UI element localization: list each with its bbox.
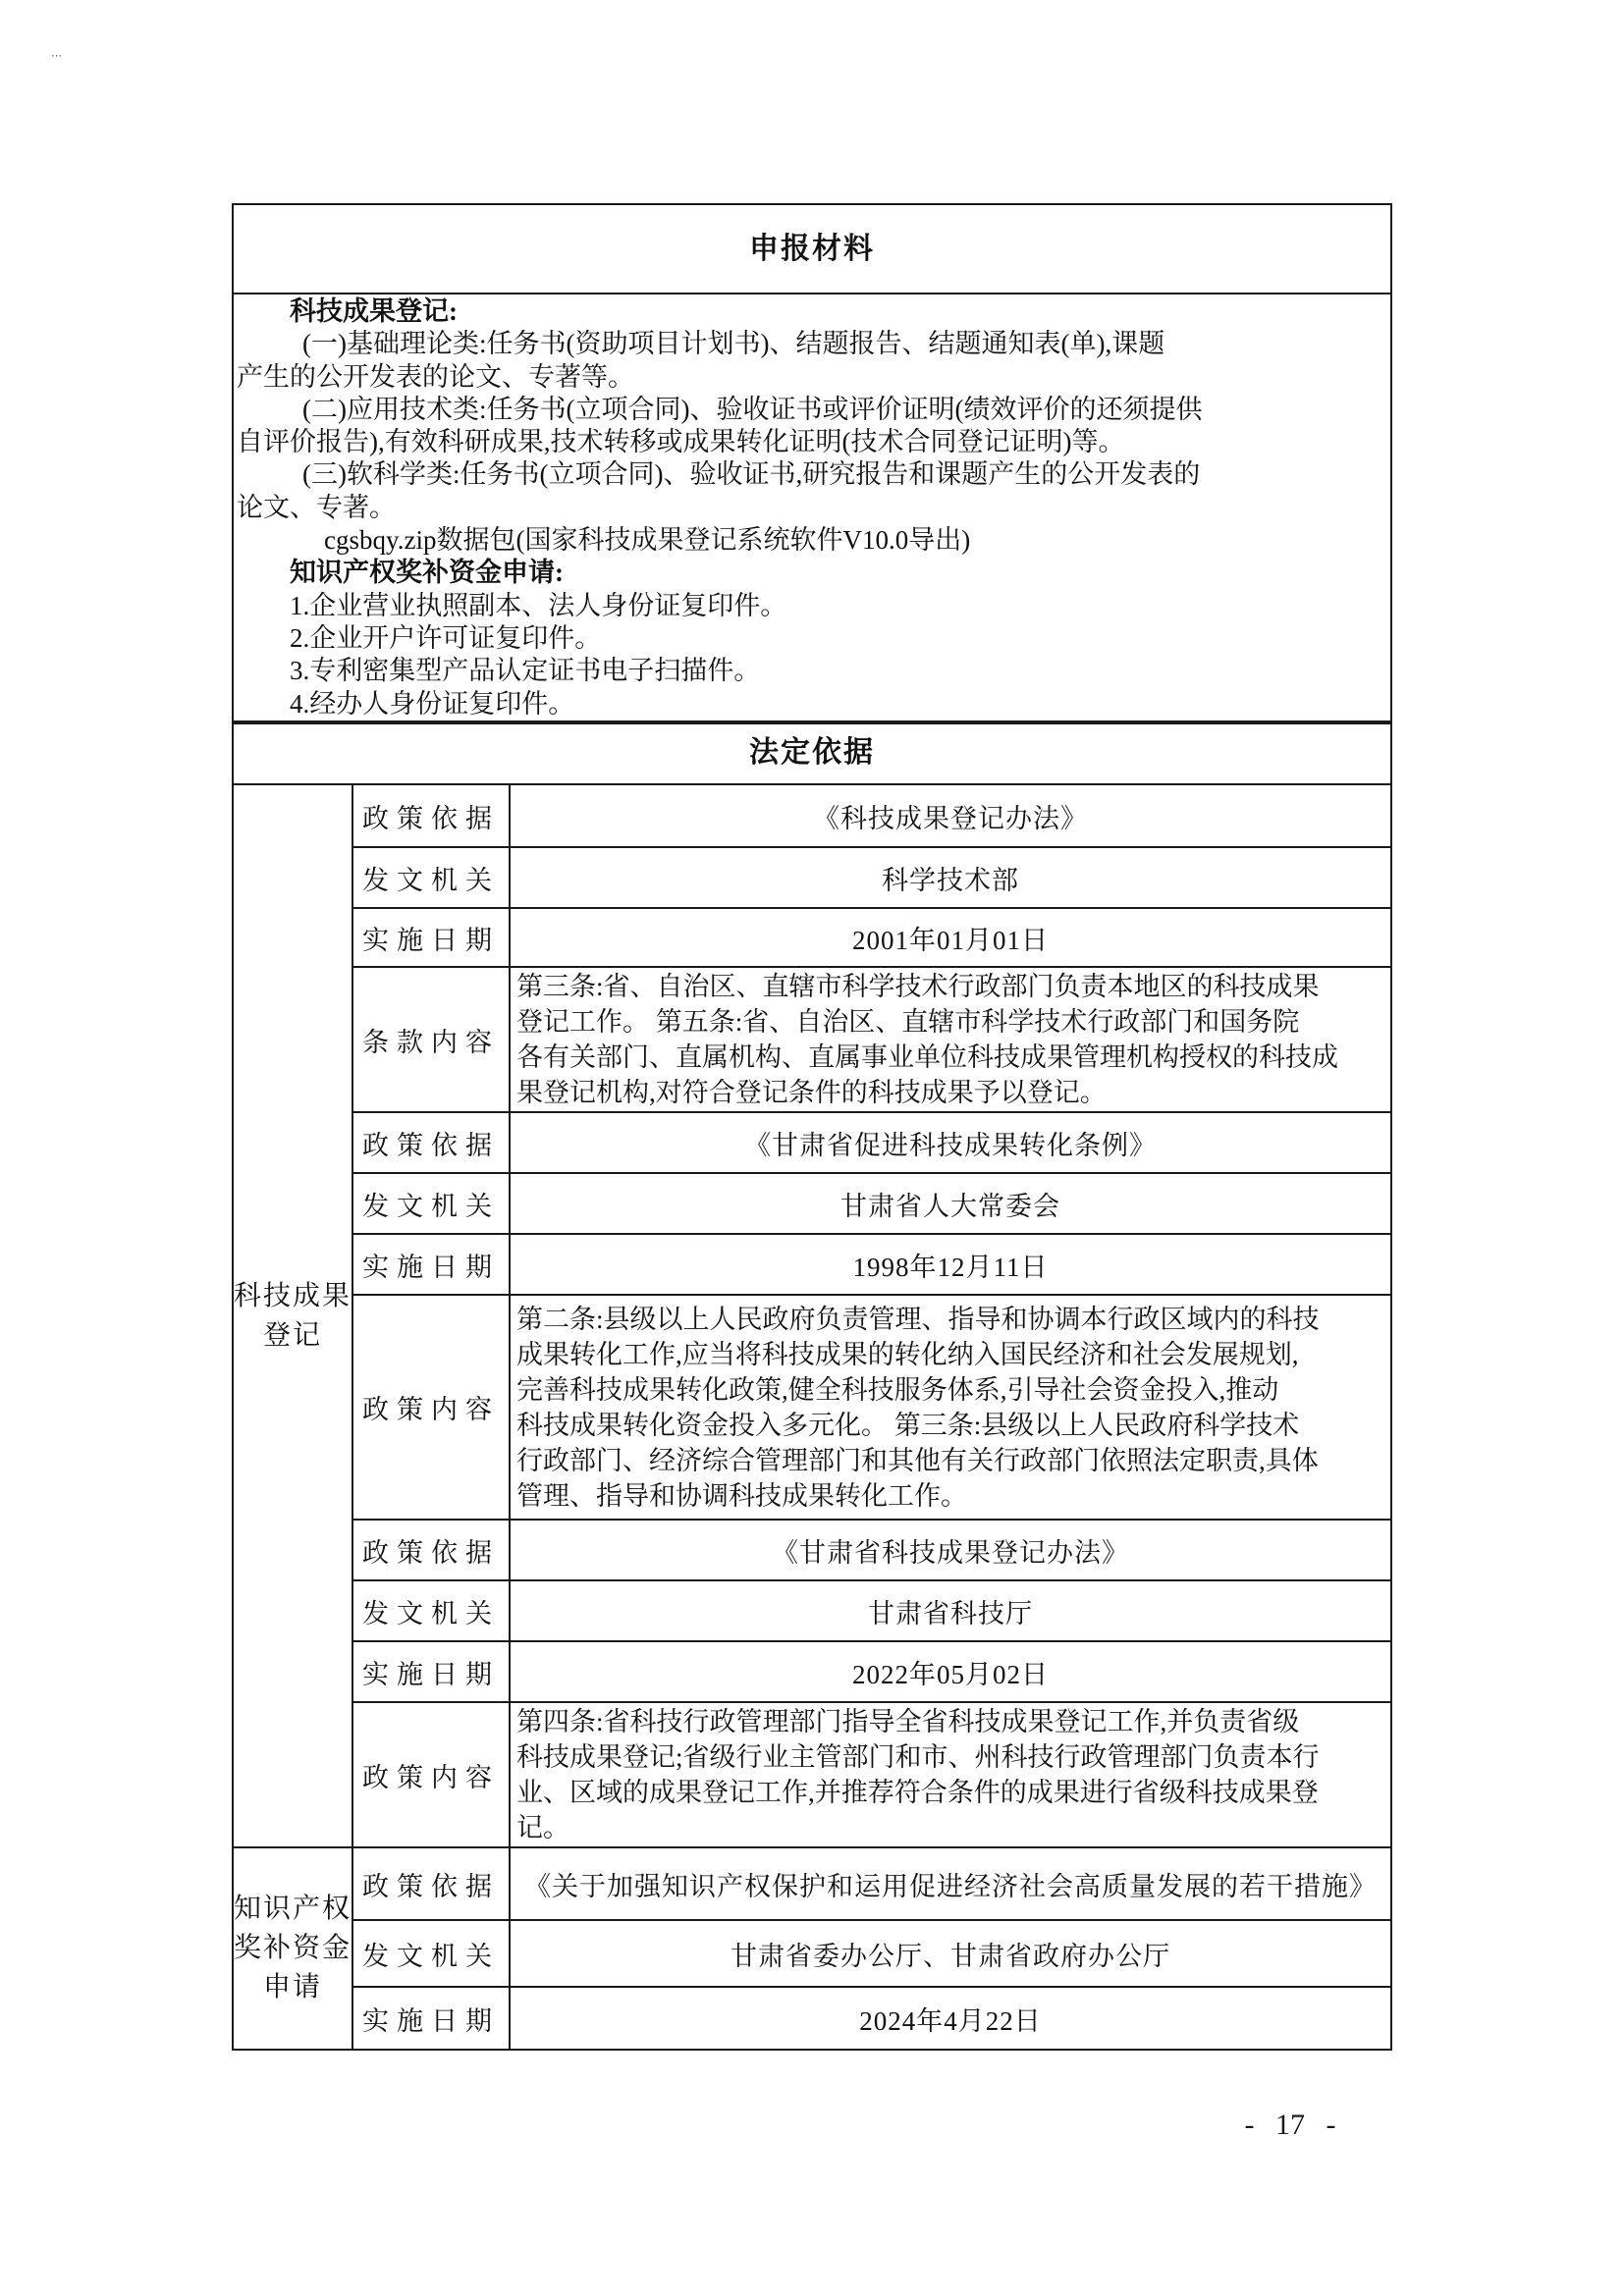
legal-row-value: 2001年01月01日: [509, 907, 1390, 966]
legal-row-label: 政策依据: [352, 1519, 509, 1579]
materials-cell: 科技成果登记: (一)基础理论类:任务书(资助项目计划书)、结题报告、结题通知表…: [234, 294, 1390, 721]
legal-row-value: 第二条:县级以上人民政府负责管理、指导和协调本行政区域内的科技 成果转化工作,应…: [509, 1294, 1390, 1519]
application-document-table: 申报材料 科技成果登记: (一)基础理论类:任务书(资助项目计划书)、结题报告、…: [232, 203, 1392, 2051]
materials-line: 4.经办人身份证复印件。: [234, 688, 1390, 721]
legal-row-value: 《甘肃省促进科技成果转化条例》: [509, 1111, 1390, 1172]
legal-row-value: 2022年05月02日: [509, 1640, 1390, 1701]
materials-line: 3.专利密集型产品认定证书电子扫描件。: [234, 655, 1390, 687]
legal-row-label: 条款内容: [352, 966, 509, 1111]
materials-line: 2.企业开户许可证复印件。: [234, 622, 1390, 655]
group-label-science-achievement-registration: 科技成果 登记: [234, 785, 352, 1846]
materials-line: 自评价报告),有效科研成果,技术转移或成果转化证明(技术合同登记证明)等。: [234, 426, 1390, 458]
legal-row-value: 第三条:省、自治区、直辖市科学技术行政部门负责本地区的科技成果 登记工作。 第五…: [509, 966, 1390, 1111]
materials-line: (二)应用技术类:任务书(立项合同)、验收证书或评价证明(绩效评价的还须提供: [234, 394, 1390, 426]
legal-row-value: 第四条:省科技行政管理部门指导全省科技成果登记工作,并负责省级 科技成果登记;省…: [509, 1701, 1390, 1846]
legal-row-value: 《关于加强知识产权保护和运用促进经济社会高质量发展的若干措施》: [509, 1846, 1390, 1919]
legal-row-label: 发文机关: [352, 846, 509, 907]
legal-row-label: 发文机关: [352, 1919, 509, 1986]
legal-row-label: 发文机关: [352, 1172, 509, 1233]
legal-row-value: 甘肃省人大常委会: [509, 1172, 1390, 1233]
legal-basis-section-header: 法定依据: [234, 721, 1390, 785]
materials-line: (三)软科学类:任务书(立项合同)、验收证书,研究报告和课题产生的公开发表的: [234, 458, 1390, 491]
materials-line: (一)基础理论类:任务书(资助项目计划书)、结题报告、结题通知表(单),课题: [234, 328, 1390, 360]
materials-line: 产生的公开发表的论文、专著等。: [234, 361, 1390, 394]
legal-row-label: 实施日期: [352, 1986, 509, 2049]
legal-row-value: 甘肃省委办公厅、甘肃省政府办公厅: [509, 1919, 1390, 1986]
legal-row-value: 科学技术部: [509, 846, 1390, 907]
legal-basis-table: 科技成果 登记 政策依据 《科技成果登记办法》 发文机关 科学技术部 实施日期 …: [234, 785, 1390, 2049]
legal-row-label: 实施日期: [352, 1233, 509, 1294]
legal-row-value: 甘肃省科技厅: [509, 1579, 1390, 1640]
legal-row-label: 政策内容: [352, 1294, 509, 1519]
materials-section-header: 申报材料: [234, 205, 1390, 294]
scan-smudge-mark: ⋯: [51, 49, 63, 62]
legal-row-value: 1998年12月11日: [509, 1233, 1390, 1294]
page-number: - 17 -: [1229, 2109, 1351, 2142]
group-label-ip-reward-subsidy-application: 知识产权 奖补资金 申请: [234, 1846, 352, 2049]
legal-row-label: 政策依据: [352, 1111, 509, 1172]
legal-row-label: 政策内容: [352, 1701, 509, 1846]
legal-row-label: 发文机关: [352, 1579, 509, 1640]
legal-row-label: 政策依据: [352, 1846, 509, 1919]
materials-line: 1.企业营业执照副本、法人身份证复印件。: [234, 590, 1390, 622]
document-page: ⋯ 申报材料 科技成果登记: (一)基础理论类:任务书(资助项目计划书)、结题报…: [0, 0, 1624, 2296]
legal-row-value: 2024年4月22日: [509, 1986, 1390, 2049]
legal-row-label: 实施日期: [352, 1640, 509, 1701]
legal-row-value: 《甘肃省科技成果登记办法》: [509, 1519, 1390, 1579]
legal-row-value: 《科技成果登记办法》: [509, 785, 1390, 846]
legal-row-label: 实施日期: [352, 907, 509, 966]
materials-line: 论文、专著。: [234, 492, 1390, 524]
materials-line: 科技成果登记:: [234, 295, 1390, 328]
materials-line: 知识产权奖补资金申请:: [234, 557, 1390, 589]
materials-line: cgsbqy.zip数据包(国家科技成果登记系统软件V10.0导出): [234, 524, 1390, 557]
legal-row-label: 政策依据: [352, 785, 509, 846]
